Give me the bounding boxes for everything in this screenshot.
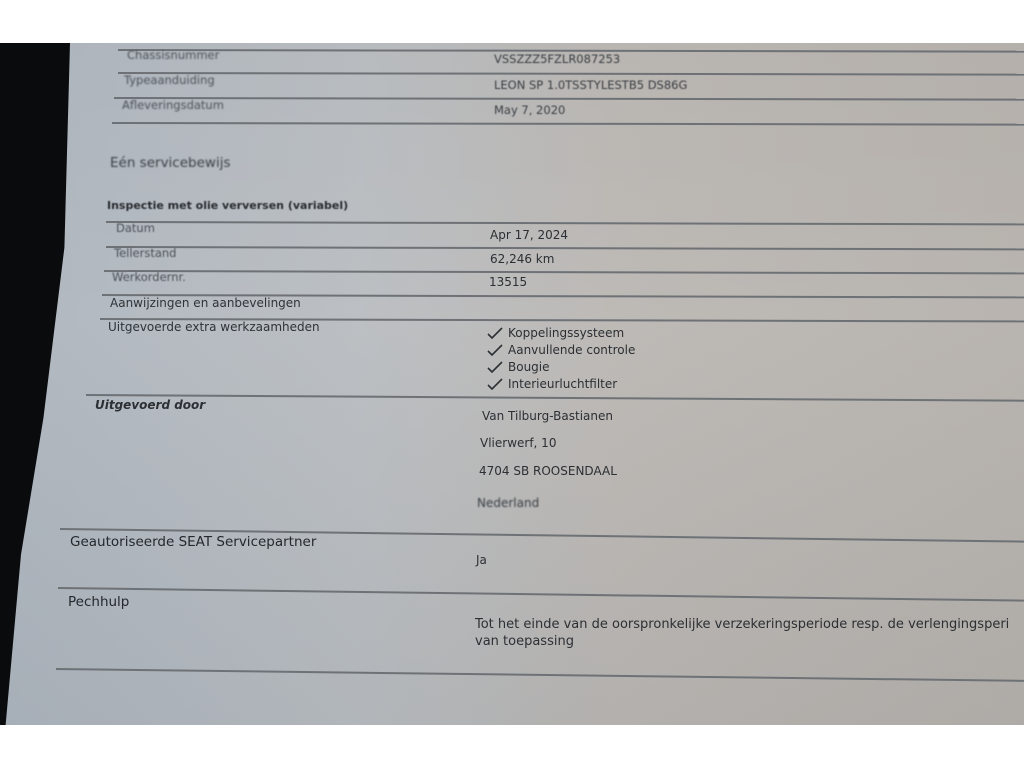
- list-item: Interieurluchtfilter: [487, 375, 635, 392]
- checkmark-icon: [487, 344, 503, 356]
- chassis-label: Chassisnummer: [127, 48, 219, 62]
- odometer-label: Tellerstand: [114, 246, 176, 260]
- odometer-value: 62,246 km: [490, 252, 554, 266]
- workorder-label: Werkordernr.: [112, 270, 186, 284]
- remarks-label: Aanwijzingen en aanbevelingen: [110, 296, 301, 310]
- checkmark-icon: [487, 361, 503, 373]
- list-item: Bougie: [487, 358, 635, 375]
- divider: [106, 246, 1024, 250]
- type-label: Typeaanduiding: [124, 73, 215, 87]
- type-value: LEON SP 1.0TSSTYLESTB5 DS86G: [494, 78, 687, 92]
- roadside-value-line1: Tot het einde van de oorspronkelijke ver…: [475, 617, 1009, 632]
- date-value: Apr 17, 2024: [490, 228, 568, 242]
- divider: [106, 221, 1024, 225]
- workorder-value: 13515: [489, 275, 527, 289]
- checkmark-icon: [487, 327, 503, 339]
- dealer-street: Vlierwerf, 10: [480, 436, 556, 450]
- divider: [104, 270, 1024, 274]
- authorized-partner-value: Ja: [476, 553, 487, 567]
- binder-edge: [0, 43, 70, 725]
- divider: [56, 668, 1024, 681]
- delivery-date-value: May 7, 2020: [494, 103, 565, 117]
- divider: [118, 72, 1024, 75]
- inspection-title: Inspectie met olie verversen (variabel): [107, 199, 348, 212]
- dealer-country: Nederland: [477, 496, 539, 510]
- dealer-name: Van Tilburg-Bastianen: [482, 409, 613, 423]
- divider: [86, 394, 1024, 401]
- performed-by-label: Uitgevoerd door: [95, 398, 205, 412]
- list-item: Koppelingssysteem: [487, 324, 635, 341]
- divider: [112, 122, 1024, 125]
- roadside-label: Pechhulp: [68, 594, 129, 610]
- extra-work-label: Uitgevoerde extra werkzaamheden: [108, 320, 320, 334]
- delivery-date-label: Afleveringsdatum: [122, 98, 224, 112]
- date-label: Datum: [116, 221, 155, 235]
- document-photo: Chassisnummer VSSZZZ5FZLR087253 Typeaand…: [0, 43, 1024, 725]
- dealer-postal-city: 4704 SB ROOSENDAAL: [479, 464, 617, 478]
- divider: [58, 587, 1024, 601]
- section-title: Eén servicebewijs: [110, 155, 231, 171]
- extra-work-list: Koppelingssysteem Aanvullende controle B…: [487, 324, 635, 392]
- divider: [114, 97, 1024, 100]
- chassis-value: VSSZZZ5FZLR087253: [494, 52, 620, 66]
- roadside-value-line2: van toepassing: [475, 634, 574, 649]
- list-item: Aanvullende controle: [487, 341, 635, 358]
- authorized-partner-label: Geautoriseerde SEAT Servicepartner: [70, 534, 316, 550]
- checkmark-icon: [487, 378, 503, 390]
